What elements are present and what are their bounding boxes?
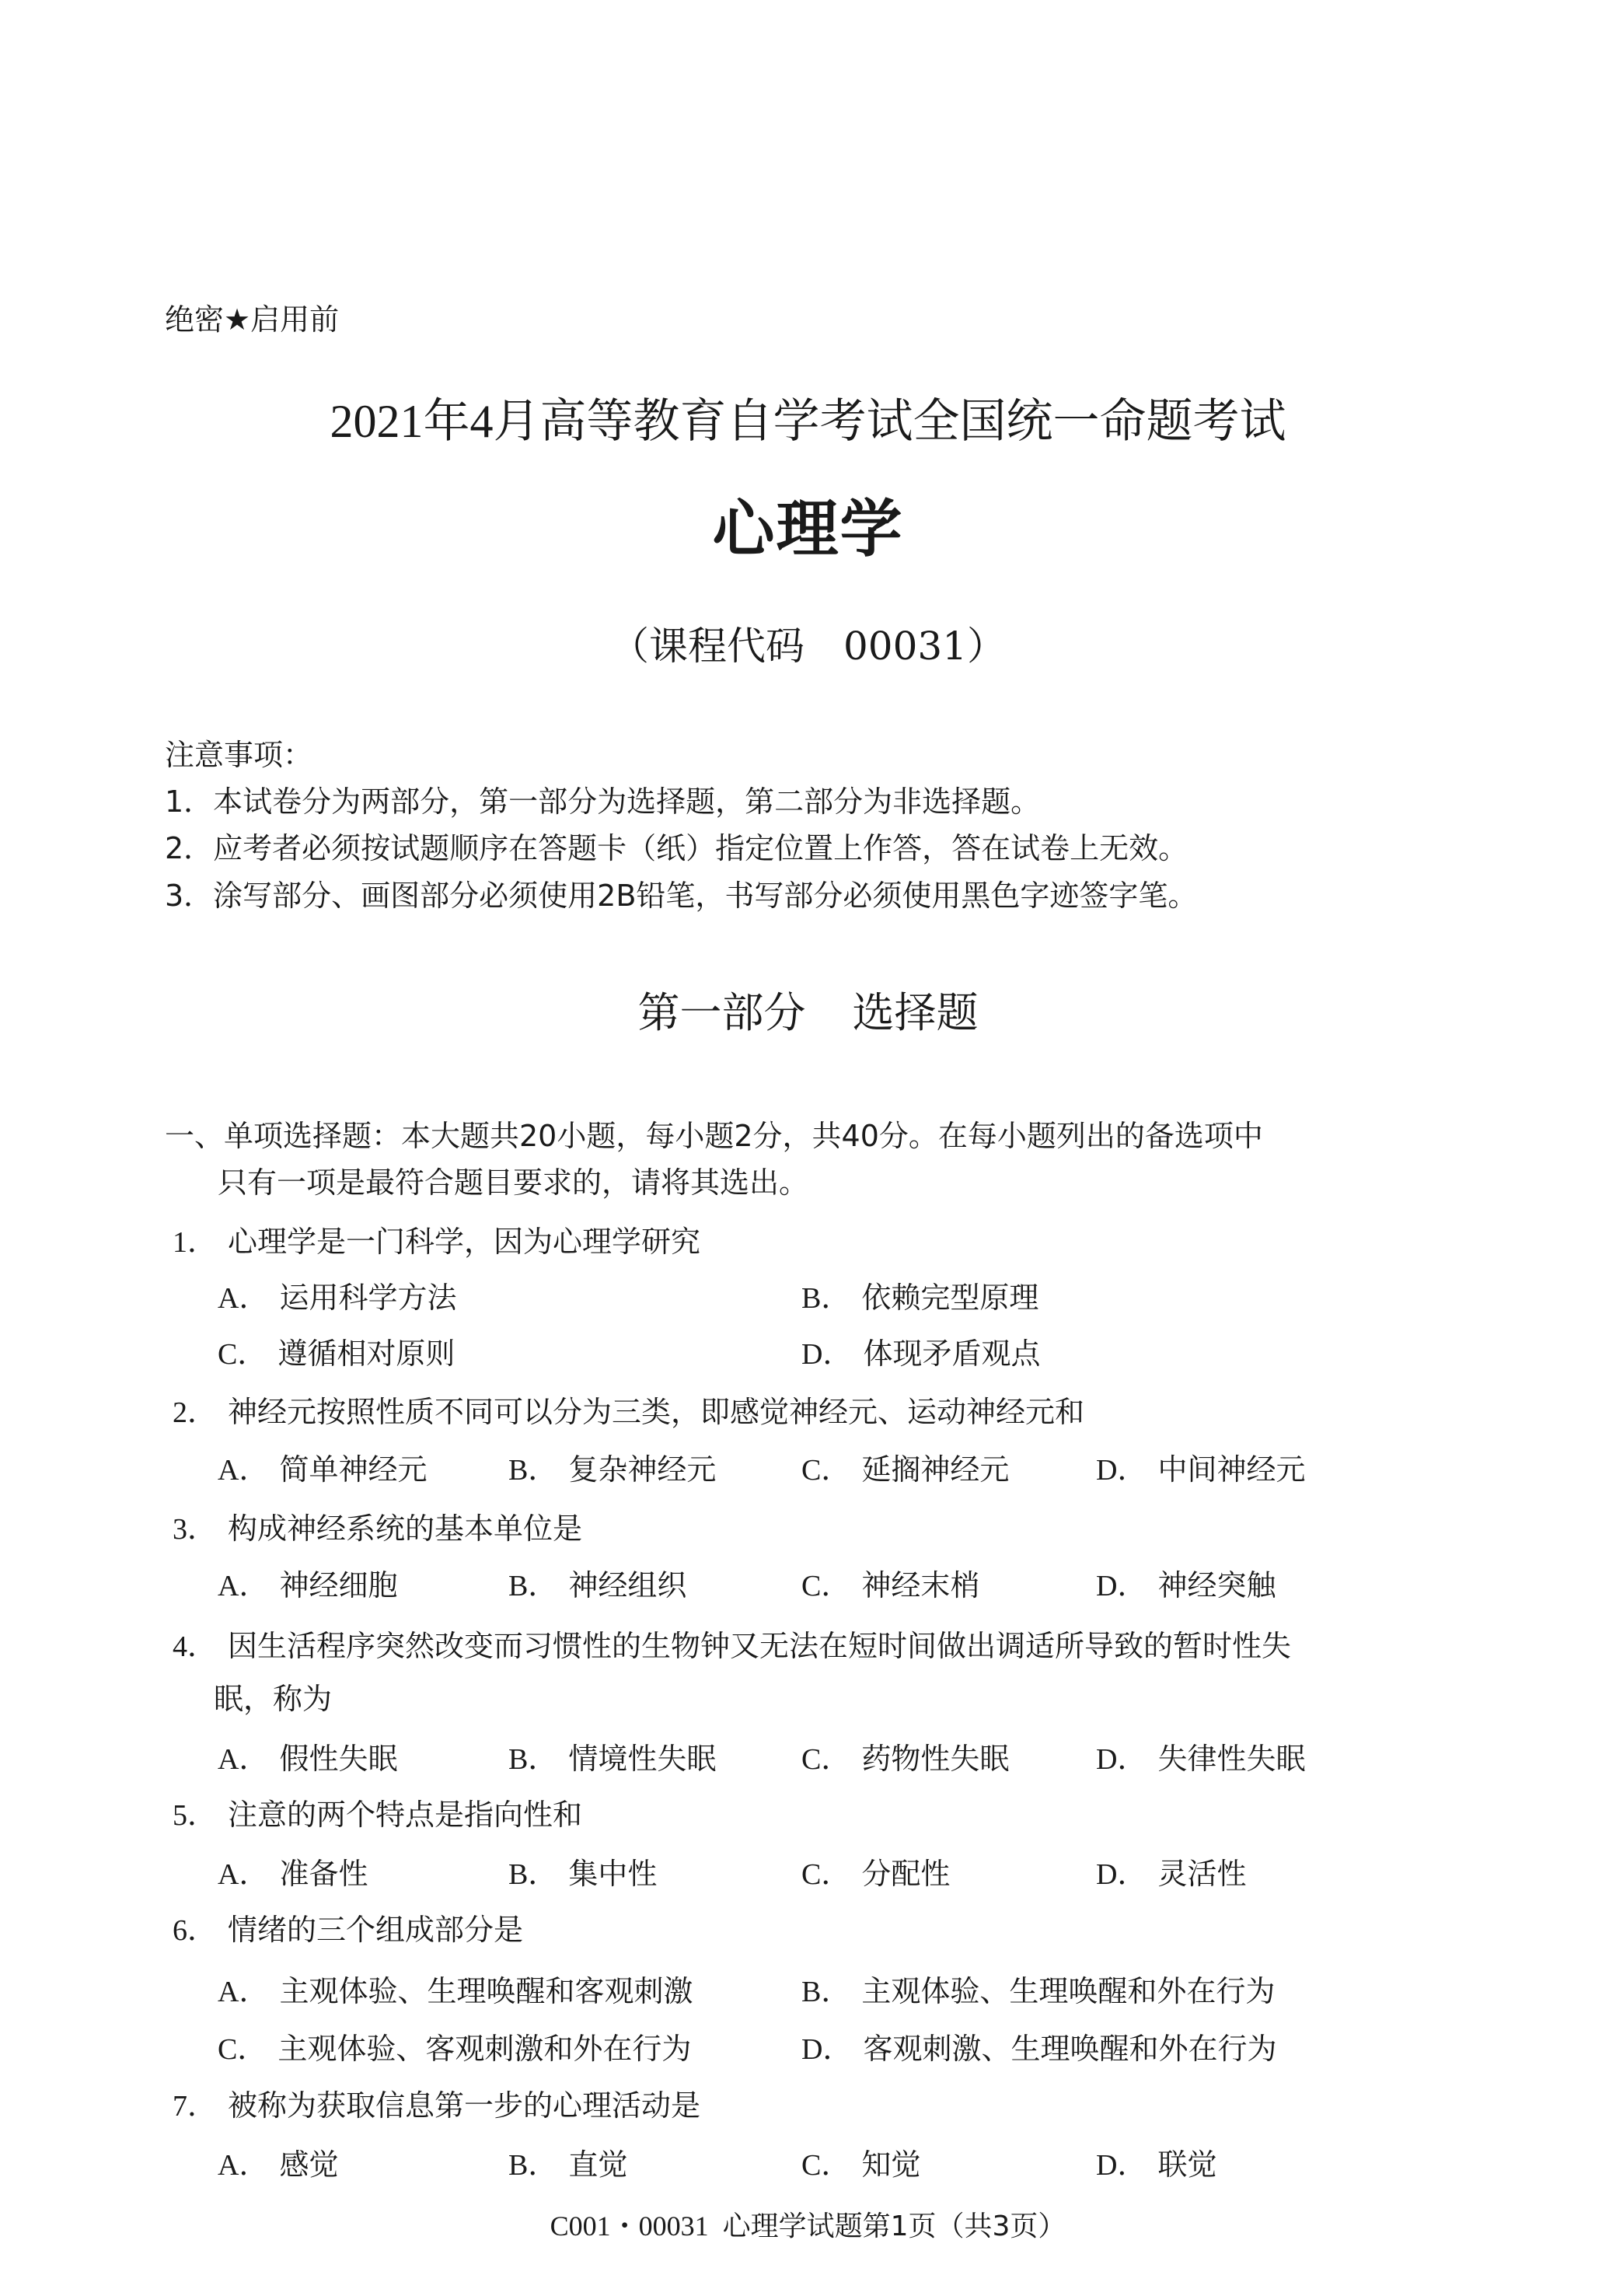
option-b: B．集中性 — [508, 1859, 657, 1889]
option-text: 药物性失眠 — [861, 1742, 1009, 1776]
option-text: 神经细胞 — [279, 1568, 397, 1602]
option-label: B． — [508, 2149, 557, 2182]
option-label: C． — [801, 1454, 850, 1487]
paper-code: C001・00031 — [550, 2210, 709, 2242]
option-label: B． — [801, 1976, 850, 2008]
option-text: 遵循相对原则 — [277, 1337, 455, 1371]
question-7: 7．被称为获取信息第一步的心理活动是 — [173, 2091, 700, 2121]
option-c: C．药物性失眠 — [801, 1744, 1009, 1774]
option-c: C．主观体验、客观刺激和外在行为 — [218, 2034, 691, 2064]
option-c: C．神经末梢 — [801, 1571, 979, 1601]
question-number: 1． — [173, 1226, 217, 1259]
subject-title: 心理学 — [0, 498, 1616, 560]
option-c: C．遵循相对原则 — [218, 1339, 455, 1369]
question-number: 4． — [173, 1630, 217, 1663]
part-one-title: 第一部分选择题 — [0, 992, 1616, 1034]
option-label: C． — [218, 1338, 267, 1371]
option-d: D．灵活性 — [1096, 1859, 1246, 1889]
option-text: 中间神经元 — [1157, 1452, 1305, 1487]
note-item: 2．应考者必须按试题顺序在答题卡（纸）指定位置上作答，答在试卷上无效。 — [165, 833, 1188, 863]
course-code: （课程代码 00031） — [0, 627, 1616, 666]
option-label: A． — [218, 2149, 268, 2182]
note-item: 3．涂写部分、画图部分必须使用2B铅笔，书写部分必须使用黑色字迹签字笔。 — [165, 881, 1197, 910]
option-label: C． — [801, 1570, 850, 1602]
option-d: D．中间神经元 — [1096, 1455, 1305, 1485]
option-label: B． — [508, 1743, 557, 1776]
option-text: 主观体验、生理唤醒和客观刺激 — [279, 1974, 693, 2008]
option-text: 运用科学方法 — [279, 1281, 456, 1315]
question-3: 3．构成神经系统的基本单位是 — [173, 1514, 582, 1544]
question-stem: 神经元按照性质不同可以分为三类，即感觉神经元、运动神经元和 — [228, 1395, 1084, 1429]
option-b: B．复杂神经元 — [508, 1455, 716, 1485]
confidential-label: 绝密★启用前 — [165, 305, 339, 334]
option-b: B．依赖完型原理 — [801, 1283, 1038, 1313]
option-label: D． — [1096, 1454, 1147, 1487]
page-indicator: 心理学试题第1页（共3页） — [723, 2210, 1066, 2242]
exam-title: 2021年4月高等教育自学考试全国统一命题考试 — [0, 398, 1616, 445]
option-label: C． — [801, 1743, 850, 1776]
question-number: 6． — [173, 1914, 217, 1947]
question-number: 2． — [173, 1396, 217, 1429]
option-text: 简单神经元 — [279, 1452, 427, 1487]
question-stem: 情绪的三个组成部分是 — [228, 1913, 523, 1947]
option-d: D．失律性失眠 — [1096, 1744, 1305, 1774]
option-text: 延搁神经元 — [861, 1452, 1009, 1487]
option-text: 主观体验、生理唤醒和外在行为 — [861, 1974, 1275, 2008]
option-c: C．知觉 — [801, 2150, 920, 2180]
option-d: D．联觉 — [1096, 2150, 1216, 2180]
option-text: 体现矛盾观点 — [863, 1337, 1040, 1371]
option-text: 直觉 — [568, 2147, 627, 2182]
option-text: 依赖完型原理 — [861, 1281, 1038, 1315]
question-stem: 被称为获取信息第一步的心理活动是 — [228, 2088, 700, 2123]
option-label: B． — [508, 1570, 557, 1602]
option-label: D． — [1096, 2149, 1147, 2182]
note-item: 1．本试卷分为两部分，第一部分为选择题，第二部分为非选择题。 — [165, 787, 1040, 816]
option-text: 神经突触 — [1157, 1568, 1276, 1602]
question-stem: 心理学是一门科学，因为心理学研究 — [228, 1225, 700, 1259]
option-label: D． — [1096, 1743, 1147, 1776]
option-label: A． — [218, 1570, 268, 1602]
option-label: D． — [801, 2033, 852, 2066]
option-a: A．运用科学方法 — [218, 1283, 456, 1313]
option-text: 灵活性 — [1157, 1857, 1246, 1891]
question-number: 7． — [173, 2090, 217, 2123]
question-1: 1．心理学是一门科学，因为心理学研究 — [173, 1227, 700, 1257]
question-number: 5． — [173, 1799, 217, 1832]
option-text: 集中性 — [568, 1857, 657, 1891]
option-text: 知觉 — [861, 2147, 920, 2182]
question-5: 5．注意的两个特点是指向性和 — [173, 1800, 582, 1830]
question-2: 2．神经元按照性质不同可以分为三类，即感觉神经元、运动神经元和 — [173, 1397, 1084, 1428]
option-text: 分配性 — [861, 1857, 950, 1891]
option-label: D． — [1096, 1858, 1147, 1891]
option-text: 假性失眠 — [279, 1742, 397, 1776]
option-text: 主观体验、客观刺激和外在行为 — [277, 2032, 691, 2066]
part-one-label: 第一部分 — [638, 988, 806, 1037]
option-label: B． — [508, 1454, 557, 1487]
option-label: D． — [1096, 1570, 1147, 1602]
option-text: 失律性失眠 — [1157, 1742, 1305, 1776]
question-stem: 构成神经系统的基本单位是 — [228, 1511, 582, 1546]
option-text: 准备性 — [279, 1857, 368, 1891]
option-label: C． — [218, 2033, 267, 2066]
option-a: A．假性失眠 — [218, 1744, 397, 1774]
option-text: 神经末梢 — [861, 1568, 979, 1602]
part-one-type: 选择题 — [853, 988, 979, 1037]
option-label: A． — [218, 1743, 268, 1776]
option-text: 情境性失眠 — [568, 1742, 716, 1776]
option-d: D．客观刺激、生理唤醒和外在行为 — [801, 2034, 1276, 2064]
option-label: A． — [218, 1282, 268, 1315]
section-instructions-cont: 只有一项是最符合题目要求的，请将其选出。 — [218, 1168, 808, 1197]
option-label: A． — [218, 1454, 268, 1487]
option-text: 联觉 — [1157, 2147, 1216, 2182]
option-label: D． — [801, 1338, 852, 1371]
option-a: A．准备性 — [218, 1859, 368, 1889]
option-label: C． — [801, 2149, 850, 2182]
question-stem: 因生活程序突然改变而习惯性的生物钟又无法在短时间做出调适所导致的暂时性失 — [228, 1629, 1291, 1663]
option-text: 客观刺激、生理唤醒和外在行为 — [863, 2032, 1276, 2066]
question-4: 4．因生活程序突然改变而习惯性的生物钟又无法在短时间做出调适所导致的暂时性失 — [173, 1631, 1291, 1662]
option-label: A． — [218, 1858, 268, 1891]
option-a: A．感觉 — [218, 2150, 338, 2180]
section-instructions: 一、单项选择题：本大题共20小题，每小题2分，共40分。在每小题列出的备选项中 — [165, 1121, 1263, 1151]
option-a: A．神经细胞 — [218, 1571, 397, 1601]
option-text: 感觉 — [279, 2147, 338, 2182]
option-c: C．延搁神经元 — [801, 1455, 1009, 1485]
option-label: C． — [801, 1858, 850, 1891]
option-b: B．主观体验、生理唤醒和外在行为 — [801, 1976, 1275, 2007]
option-d: D．神经突触 — [1096, 1571, 1276, 1601]
option-a: A．简单神经元 — [218, 1455, 427, 1485]
page-footer: C001・00031 心理学试题第1页（共3页） — [0, 2212, 1616, 2241]
option-d: D．体现矛盾观点 — [801, 1339, 1040, 1369]
question-6: 6．情绪的三个组成部分是 — [173, 1915, 523, 1945]
option-label: A． — [218, 1976, 268, 2008]
question-4-cont: 眠，称为 — [214, 1684, 332, 1714]
option-b: B．情境性失眠 — [508, 1744, 716, 1774]
option-text: 神经组织 — [568, 1568, 686, 1602]
question-number: 3． — [173, 1513, 217, 1546]
question-stem: 注意的两个特点是指向性和 — [228, 1798, 582, 1832]
option-a: A．主观体验、生理唤醒和客观刺激 — [218, 1976, 693, 2007]
option-text: 复杂神经元 — [568, 1452, 716, 1487]
notes-title: 注意事项： — [165, 740, 312, 770]
option-c: C．分配性 — [801, 1859, 950, 1889]
option-b: B．直觉 — [508, 2150, 627, 2180]
option-label: B． — [801, 1282, 850, 1315]
option-label: B． — [508, 1858, 557, 1891]
option-b: B．神经组织 — [508, 1571, 686, 1601]
